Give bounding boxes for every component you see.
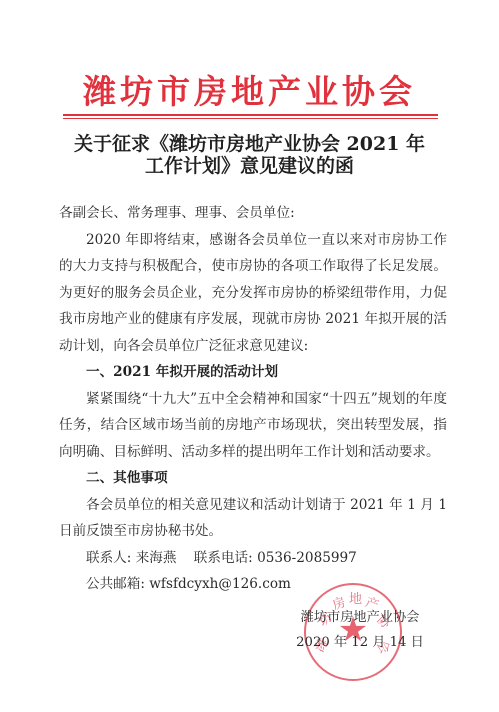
document-title-line1: 关于征求《潍坊市房地产业协会 2021 年 — [0, 132, 499, 156]
letterhead: 潍坊市房地产业协会 — [0, 72, 499, 112]
letterhead-rule-thin — [63, 118, 438, 119]
intro-paragraph: 2020 年即将结束，感谢各会员单位一直以来对市房协工作的大力支持与积极配合，使… — [59, 227, 447, 360]
seal-char: 地 — [349, 588, 362, 607]
letterhead-rule-thick — [63, 114, 438, 116]
signature-date: 2020 年 12 月 14 日 — [290, 631, 430, 655]
email-address[interactable]: wfsfdcyxh@126.com — [149, 576, 291, 592]
section-heading-1: 一、2021 年拟开展的活动计划 — [59, 359, 447, 386]
signature-organization: 潍坊市房地产业协会 — [290, 606, 430, 630]
contact-person-label: 联系人: — [86, 550, 131, 566]
email-line: 公共邮箱: wfsfdcyxh@126.com — [59, 571, 447, 598]
section-text-1: 紧紧围绕“十九大”五中全会精神和国家“十四五”规划的年度任务，结合区域市场当前的… — [59, 386, 447, 466]
email-label: 公共邮箱: — [86, 576, 145, 592]
contact-line: 联系人: 来海燕 联系电话: 0536-2085997 — [59, 545, 447, 572]
section-heading-2: 二、其他事项 — [59, 465, 447, 492]
section-text-2: 各会员单位的相关意见建议和活动计划请于 2021 年 1 月 1 日前反馈至市房… — [59, 492, 447, 545]
contact-phone-label: 联系电话: — [194, 550, 253, 566]
document-title-line2: 工作计划》意见建议的函 — [0, 154, 499, 178]
document-body: 各副会长、常务理事、理事、会员单位: 2020 年即将结束，感谢各会员单位一直以… — [59, 200, 447, 598]
contact-phone: 0536-2085997 — [257, 550, 357, 566]
contact-person: 来海燕 — [136, 550, 177, 566]
salutation: 各副会长、常务理事、理事、会员单位: — [59, 200, 447, 227]
